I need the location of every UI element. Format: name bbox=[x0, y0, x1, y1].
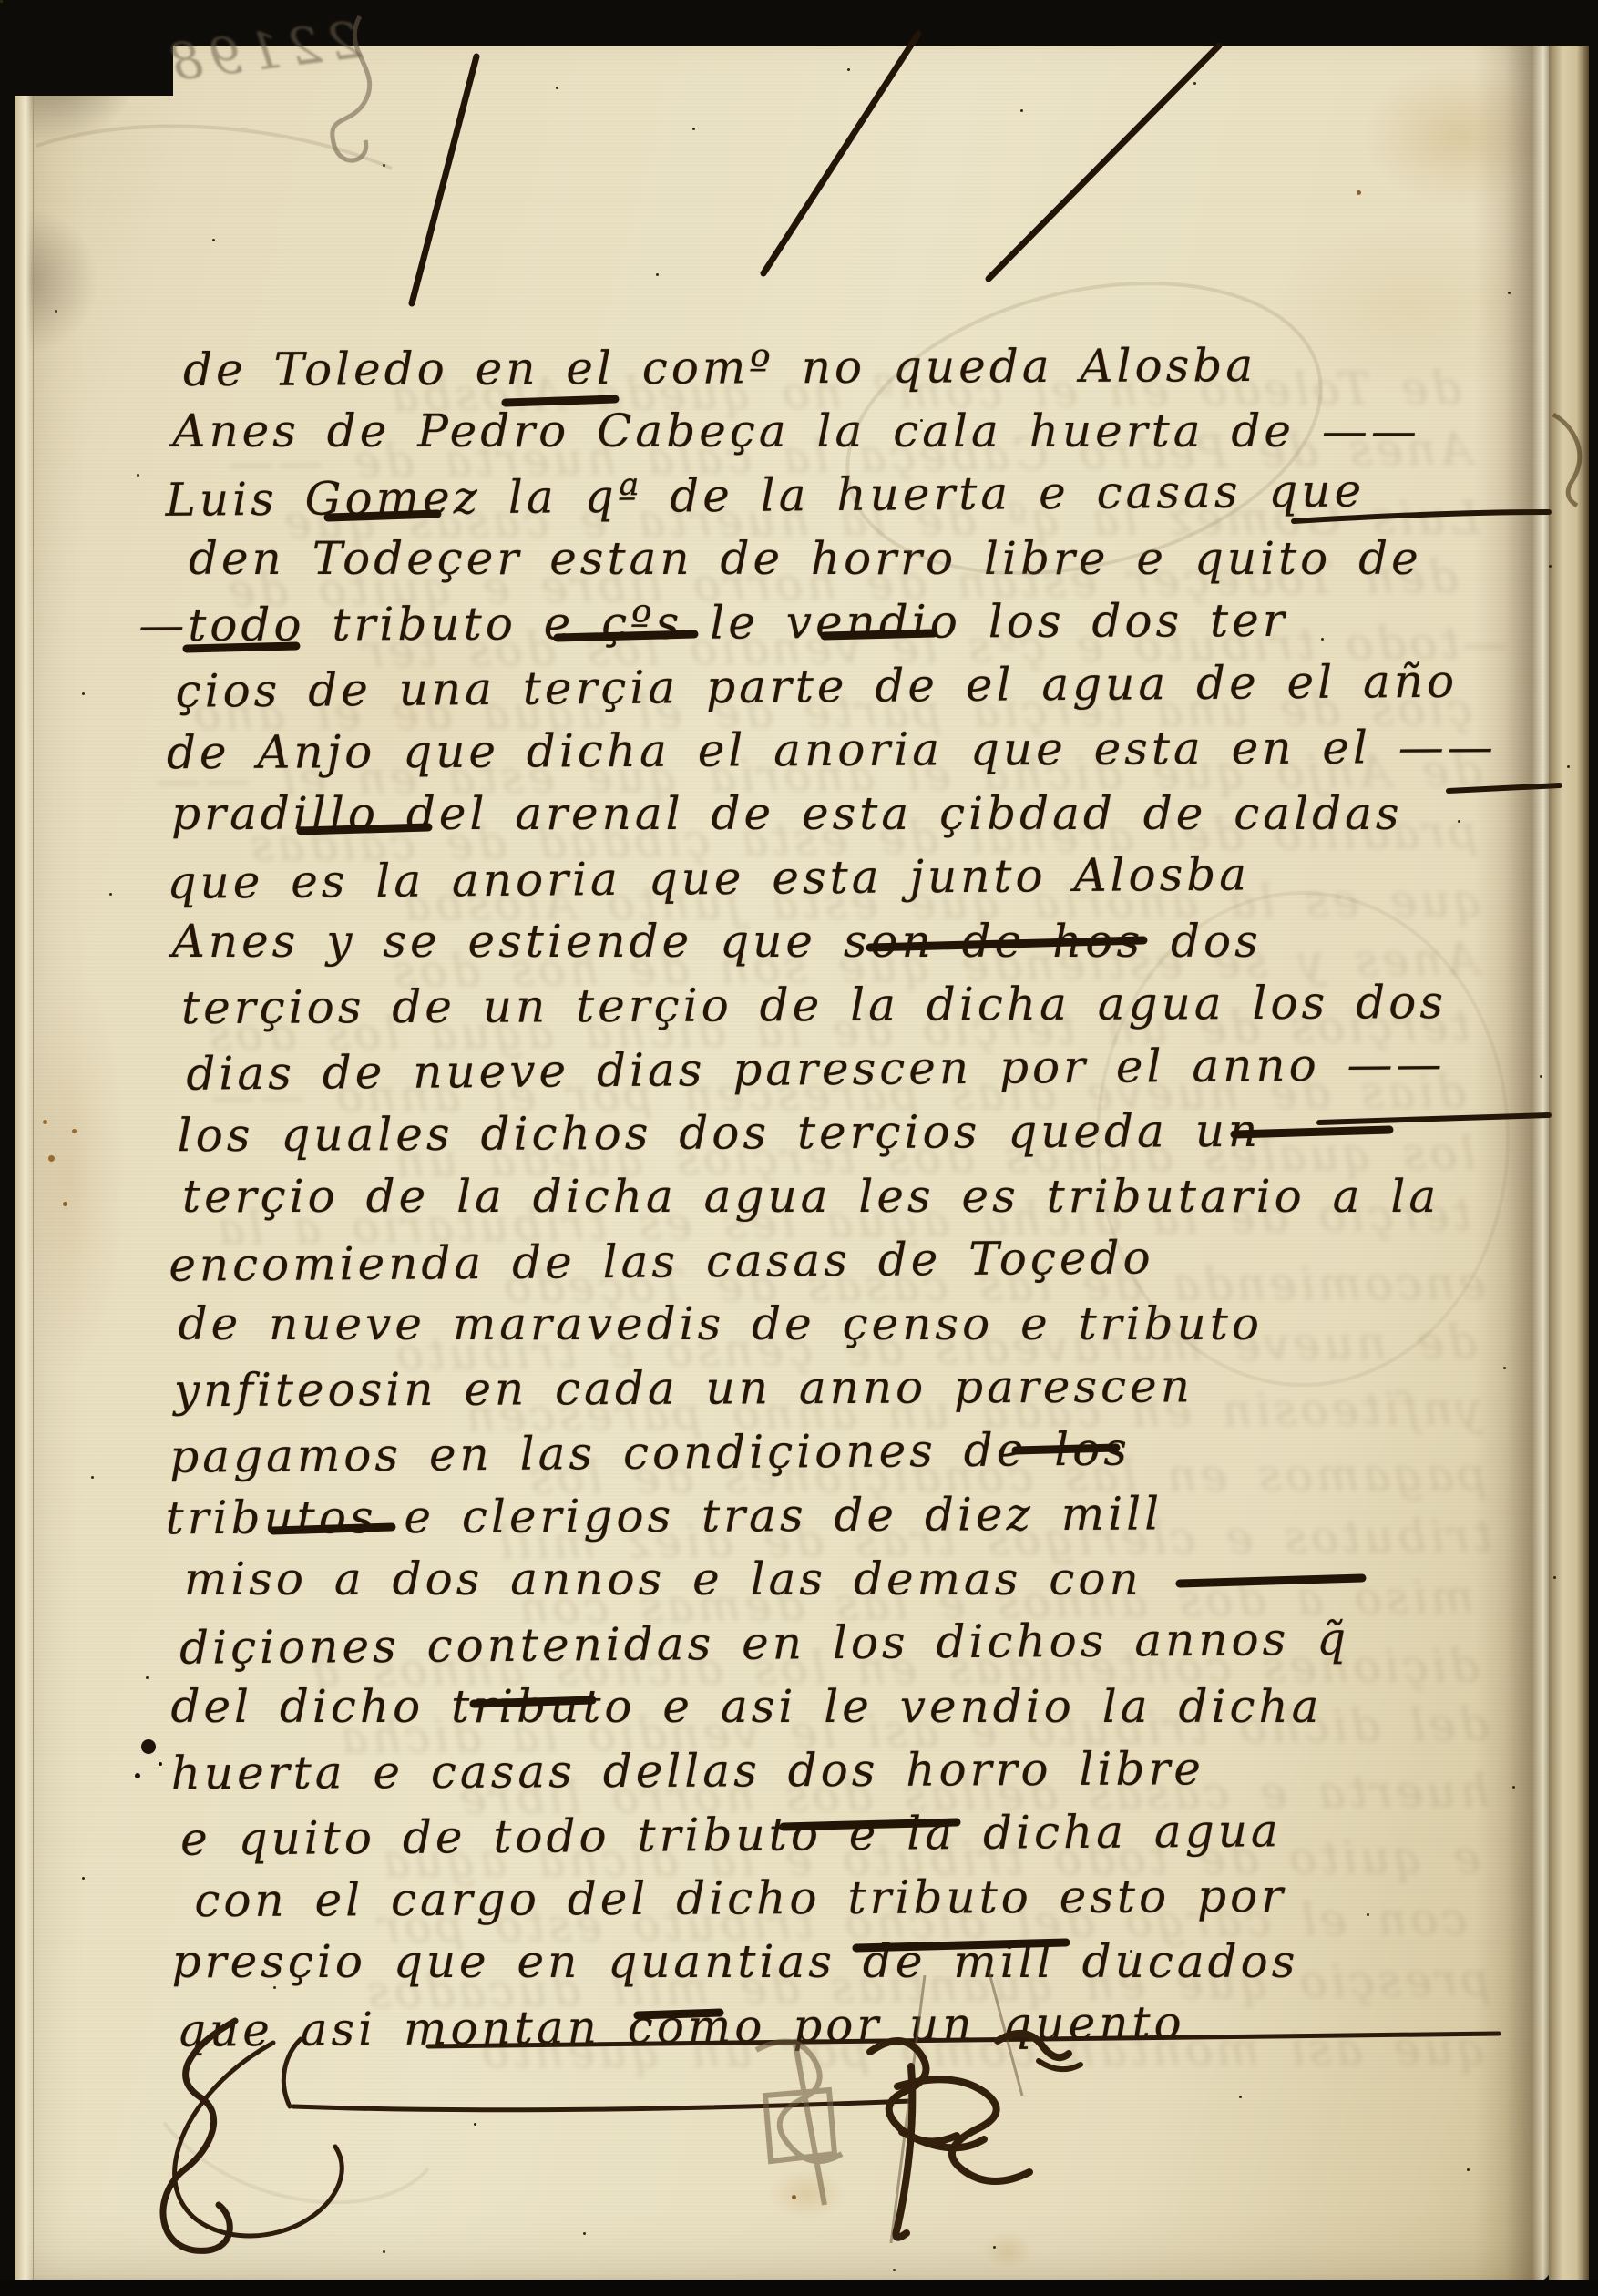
manuscript-scan: de Toledo en el comº no queda Alosba Ane… bbox=[0, 0, 1598, 2296]
manuscript-line: que es la anoria que esta junto Alosba bbox=[167, 840, 1516, 915]
manuscript-line: encomienda de las casas de Toçedo bbox=[169, 1223, 1518, 1297]
manuscript-line: con el cargo del dicho tributo esto por bbox=[194, 1863, 1520, 1932]
manuscript-line: de Anjo que dicha el anoria que esta en … bbox=[167, 715, 1515, 784]
manuscript-line: —todo tributo e çºs le vendio los dos te… bbox=[138, 588, 1514, 658]
scan-background-bottom bbox=[0, 2280, 1598, 2296]
manuscript-line: pradillo del arenal de esta çibdad de ca… bbox=[171, 782, 1515, 846]
manuscript-line: Luis Gomez la qª de la huerta e casas qu… bbox=[165, 457, 1514, 532]
manuscript-line: Anes de Pedro Cabeça la cala huerta de —… bbox=[172, 399, 1513, 463]
torn-left-edge bbox=[15, 7, 34, 2283]
next-folio-edge bbox=[1549, 9, 1589, 2287]
manuscript-line: terçios de un terçio de la dicha agua lo… bbox=[181, 970, 1516, 1040]
manuscript-line: e quito de todo tributo e la dicha agua bbox=[180, 1797, 1521, 1871]
manuscript-line: los quales dichos dos terçios queda un bbox=[178, 1098, 1517, 1167]
manuscript-line: presçio que en quantias de mill ducados bbox=[172, 1930, 1521, 1994]
manuscript-line: miso a dos annos e las demas con bbox=[184, 1547, 1519, 1611]
manuscript-line: Anes y se estiende que son de hos dos bbox=[172, 909, 1516, 973]
manuscript-line: den Todeçer estan de horro libre e quito… bbox=[189, 527, 1514, 590]
manuscript-line: terçio de la dicha agua les es tributari… bbox=[182, 1164, 1517, 1228]
foxing-speckles bbox=[0, 0, 3, 3]
manuscript-line: ynfiteosin en cada un anno parescen bbox=[174, 1353, 1518, 1422]
manuscript-line: diçiones contenidas en los dichos annos … bbox=[179, 1605, 1520, 1680]
manuscript-line: huerta e casas dellas dos horro libre bbox=[171, 1736, 1520, 1805]
manuscript-line: del dicho tributo e asi le vendio la dic… bbox=[170, 1675, 1519, 1738]
manuscript-line: pagamos en las condiçiones de los bbox=[169, 1414, 1519, 1489]
manuscript-line: que asi montan como por un quento bbox=[177, 1988, 1521, 2063]
manuscript-line: dias de nueve dias parescen por el anno … bbox=[186, 1031, 1517, 1105]
manuscript-line: de nueve maravedis de çenso e tributo bbox=[179, 1292, 1518, 1356]
manuscript-line: de Toledo en el comº no queda Alosba bbox=[183, 333, 1513, 402]
text-lines: de Toledo en el comº no queda Alosba Ane… bbox=[165, 333, 1521, 2060]
manuscript-line: tributos e clerigos tras de diez mill bbox=[165, 1481, 1518, 1550]
manuscript-line: çios de una terçia parte de el agua de e… bbox=[175, 649, 1515, 723]
